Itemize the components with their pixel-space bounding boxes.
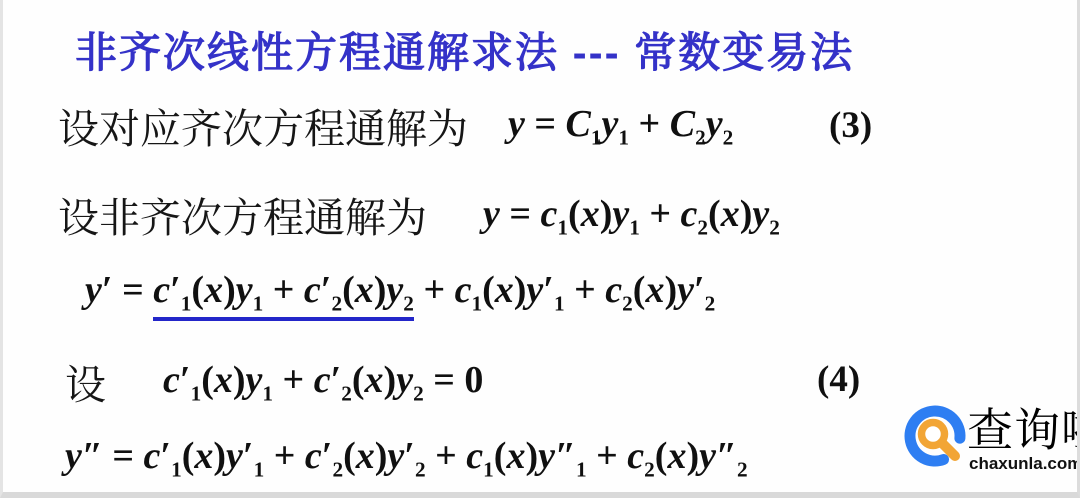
homogeneous-solution-label: 设对应齐次方程通解为 — [58, 96, 468, 155]
nonhomogeneous-solution-label: 设非齐次方程通解为 — [58, 185, 427, 244]
assume-label: 设 — [65, 352, 106, 411]
lecture-slide: 非齐次线性方程通解求法 --- 常数变易法 设对应齐次方程通解为 y = C1y… — [0, 0, 1080, 498]
formula-first-derivative-underlined-terms: c′1(x)y1 + c′2(x)y2 — [153, 269, 414, 321]
watermark-domain: chaxunla.com — [969, 454, 1080, 474]
magnifier-logo-icon — [903, 404, 967, 472]
watermark: 查询啦 chaxunla.com — [903, 398, 1080, 490]
equation-tag-3: (3) — [829, 104, 872, 147]
formula-first-derivative-lhs: y′ = — [85, 269, 153, 311]
formula-homogeneous-general-solution: y = C1y1 + C2y2 — [508, 102, 733, 146]
formula-second-derivative: y″ = c′1(x)y′1 + c′2(x)y′2 + c1(x)y″1 + … — [65, 434, 748, 478]
formula-constraint-equation: c′1(x)y1 + c′2(x)y2 = 0 — [163, 358, 483, 402]
formula-first-derivative: y′ = c′1(x)y1 + c′2(x)y2 + c1(x)y′1 + c2… — [85, 268, 715, 312]
formula-nonhomogeneous-general-solution: y = c1(x)y1 + c2(x)y2 — [483, 192, 780, 236]
formula-first-derivative-rest: + c1(x)y′1 + c2(x)y′2 — [414, 269, 715, 311]
slide-title: 非齐次线性方程通解求法 --- 常数变易法 — [75, 20, 854, 80]
equation-tag-4: (4) — [817, 358, 860, 401]
watermark-brand-name: 查询啦 — [967, 394, 1080, 460]
